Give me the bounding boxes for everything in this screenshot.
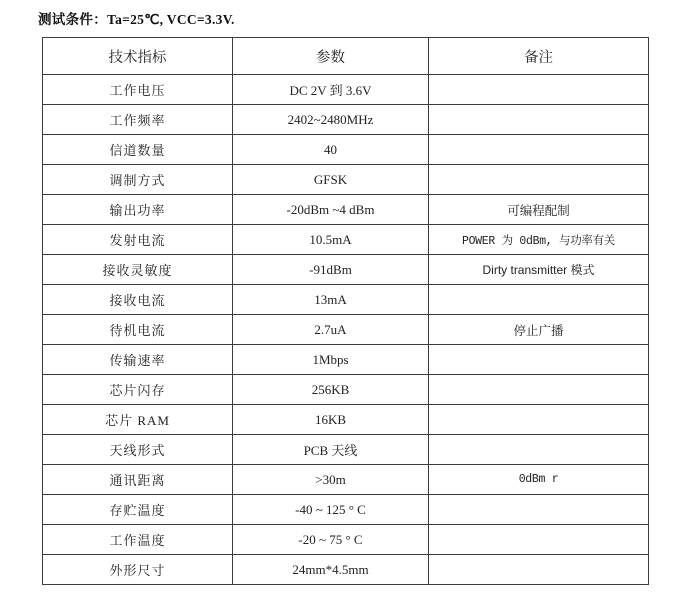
table-cell: 外形尺寸 <box>43 555 233 585</box>
table-row: 传输速率1Mbps <box>43 345 649 375</box>
test-conditions-label: 测试条件： <box>38 12 107 27</box>
table-cell <box>429 75 649 105</box>
table-row: 芯片 RAM16KB <box>43 405 649 435</box>
table-cell: 信道数量 <box>43 135 233 165</box>
table-cell: -91dBm <box>233 255 429 285</box>
table-cell: 存贮温度 <box>43 495 233 525</box>
table-cell <box>429 405 649 435</box>
table-row: 通讯距离>30m0dBm r <box>43 465 649 495</box>
table-cell: 发射电流 <box>43 225 233 255</box>
table-row: 接收电流13mA <box>43 285 649 315</box>
table-cell: 16KB <box>233 405 429 435</box>
table-cell <box>429 285 649 315</box>
table-cell: 1Mbps <box>233 345 429 375</box>
spec-table: 技术指标 参数 备注 工作电压DC 2V 到 3.6V工作频率2402~2480… <box>42 37 649 585</box>
table-cell: PCB 天线 <box>233 435 429 465</box>
table-cell <box>429 435 649 465</box>
table-cell: 天线形式 <box>43 435 233 465</box>
table-cell: 芯片闪存 <box>43 375 233 405</box>
table-row: 信道数量40 <box>43 135 649 165</box>
table-cell <box>429 495 649 525</box>
table-cell: -40 ~ 125 ° C <box>233 495 429 525</box>
table-cell: -20dBm ~4 dBm <box>233 195 429 225</box>
test-conditions-title: 测试条件：Ta=25℃, VCC=3.3V. <box>38 8 235 28</box>
header-row: 技术指标 参数 备注 <box>43 38 649 75</box>
table-cell: DC 2V 到 3.6V <box>233 75 429 105</box>
table-row: 天线形式PCB 天线 <box>43 435 649 465</box>
table-cell: 输出功率 <box>43 195 233 225</box>
table-cell <box>429 375 649 405</box>
table-cell: 工作电压 <box>43 75 233 105</box>
table-cell: 接收灵敏度 <box>43 255 233 285</box>
header-indicator: 技术指标 <box>43 38 233 75</box>
table-cell: -20 ~ 75 ° C <box>233 525 429 555</box>
table-cell: 芯片 RAM <box>43 405 233 435</box>
table-row: 发射电流10.5mAPOWER 为 0dBm, 与功率有关 <box>43 225 649 255</box>
spec-table-body: 工作电压DC 2V 到 3.6V工作频率2402~2480MHz信道数量40调制… <box>43 75 649 585</box>
table-cell <box>429 105 649 135</box>
table-cell: 24mm*4.5mm <box>233 555 429 585</box>
table-cell <box>429 345 649 375</box>
table-cell: >30m <box>233 465 429 495</box>
table-cell: 0dBm r <box>429 465 649 495</box>
table-cell: 可编程配制 <box>429 195 649 225</box>
table-row: 调制方式GFSK <box>43 165 649 195</box>
header-remark: 备注 <box>429 38 649 75</box>
table-cell <box>429 135 649 165</box>
table-cell: 通讯距离 <box>43 465 233 495</box>
header-parameter: 参数 <box>233 38 429 75</box>
table-row: 待机电流2.7uA停止广播 <box>43 315 649 345</box>
table-cell: 接收电流 <box>43 285 233 315</box>
table-cell: 2402~2480MHz <box>233 105 429 135</box>
table-cell: GFSK <box>233 165 429 195</box>
test-conditions-value: Ta=25℃, VCC=3.3V. <box>107 12 235 27</box>
table-cell: 256KB <box>233 375 429 405</box>
table-cell <box>429 165 649 195</box>
table-cell: 2.7uA <box>233 315 429 345</box>
table-cell <box>429 555 649 585</box>
table-cell <box>429 525 649 555</box>
table-row: 芯片闪存256KB <box>43 375 649 405</box>
table-cell: 13mA <box>233 285 429 315</box>
table-cell: 工作频率 <box>43 105 233 135</box>
table-cell: 40 <box>233 135 429 165</box>
table-cell: 待机电流 <box>43 315 233 345</box>
table-row: 工作温度-20 ~ 75 ° C <box>43 525 649 555</box>
table-cell: POWER 为 0dBm, 与功率有关 <box>429 225 649 255</box>
table-cell: Dirty transmitter 模式 <box>429 255 649 285</box>
table-cell: 停止广播 <box>429 315 649 345</box>
table-cell: 10.5mA <box>233 225 429 255</box>
table-row: 外形尺寸24mm*4.5mm <box>43 555 649 585</box>
table-cell: 工作温度 <box>43 525 233 555</box>
table-row: 存贮温度-40 ~ 125 ° C <box>43 495 649 525</box>
table-row: 输出功率-20dBm ~4 dBm可编程配制 <box>43 195 649 225</box>
spec-table-header: 技术指标 参数 备注 <box>43 38 649 75</box>
table-cell: 调制方式 <box>43 165 233 195</box>
table-row: 工作频率2402~2480MHz <box>43 105 649 135</box>
table-row: 接收灵敏度-91dBmDirty transmitter 模式 <box>43 255 649 285</box>
table-cell: 传输速率 <box>43 345 233 375</box>
table-row: 工作电压DC 2V 到 3.6V <box>43 75 649 105</box>
